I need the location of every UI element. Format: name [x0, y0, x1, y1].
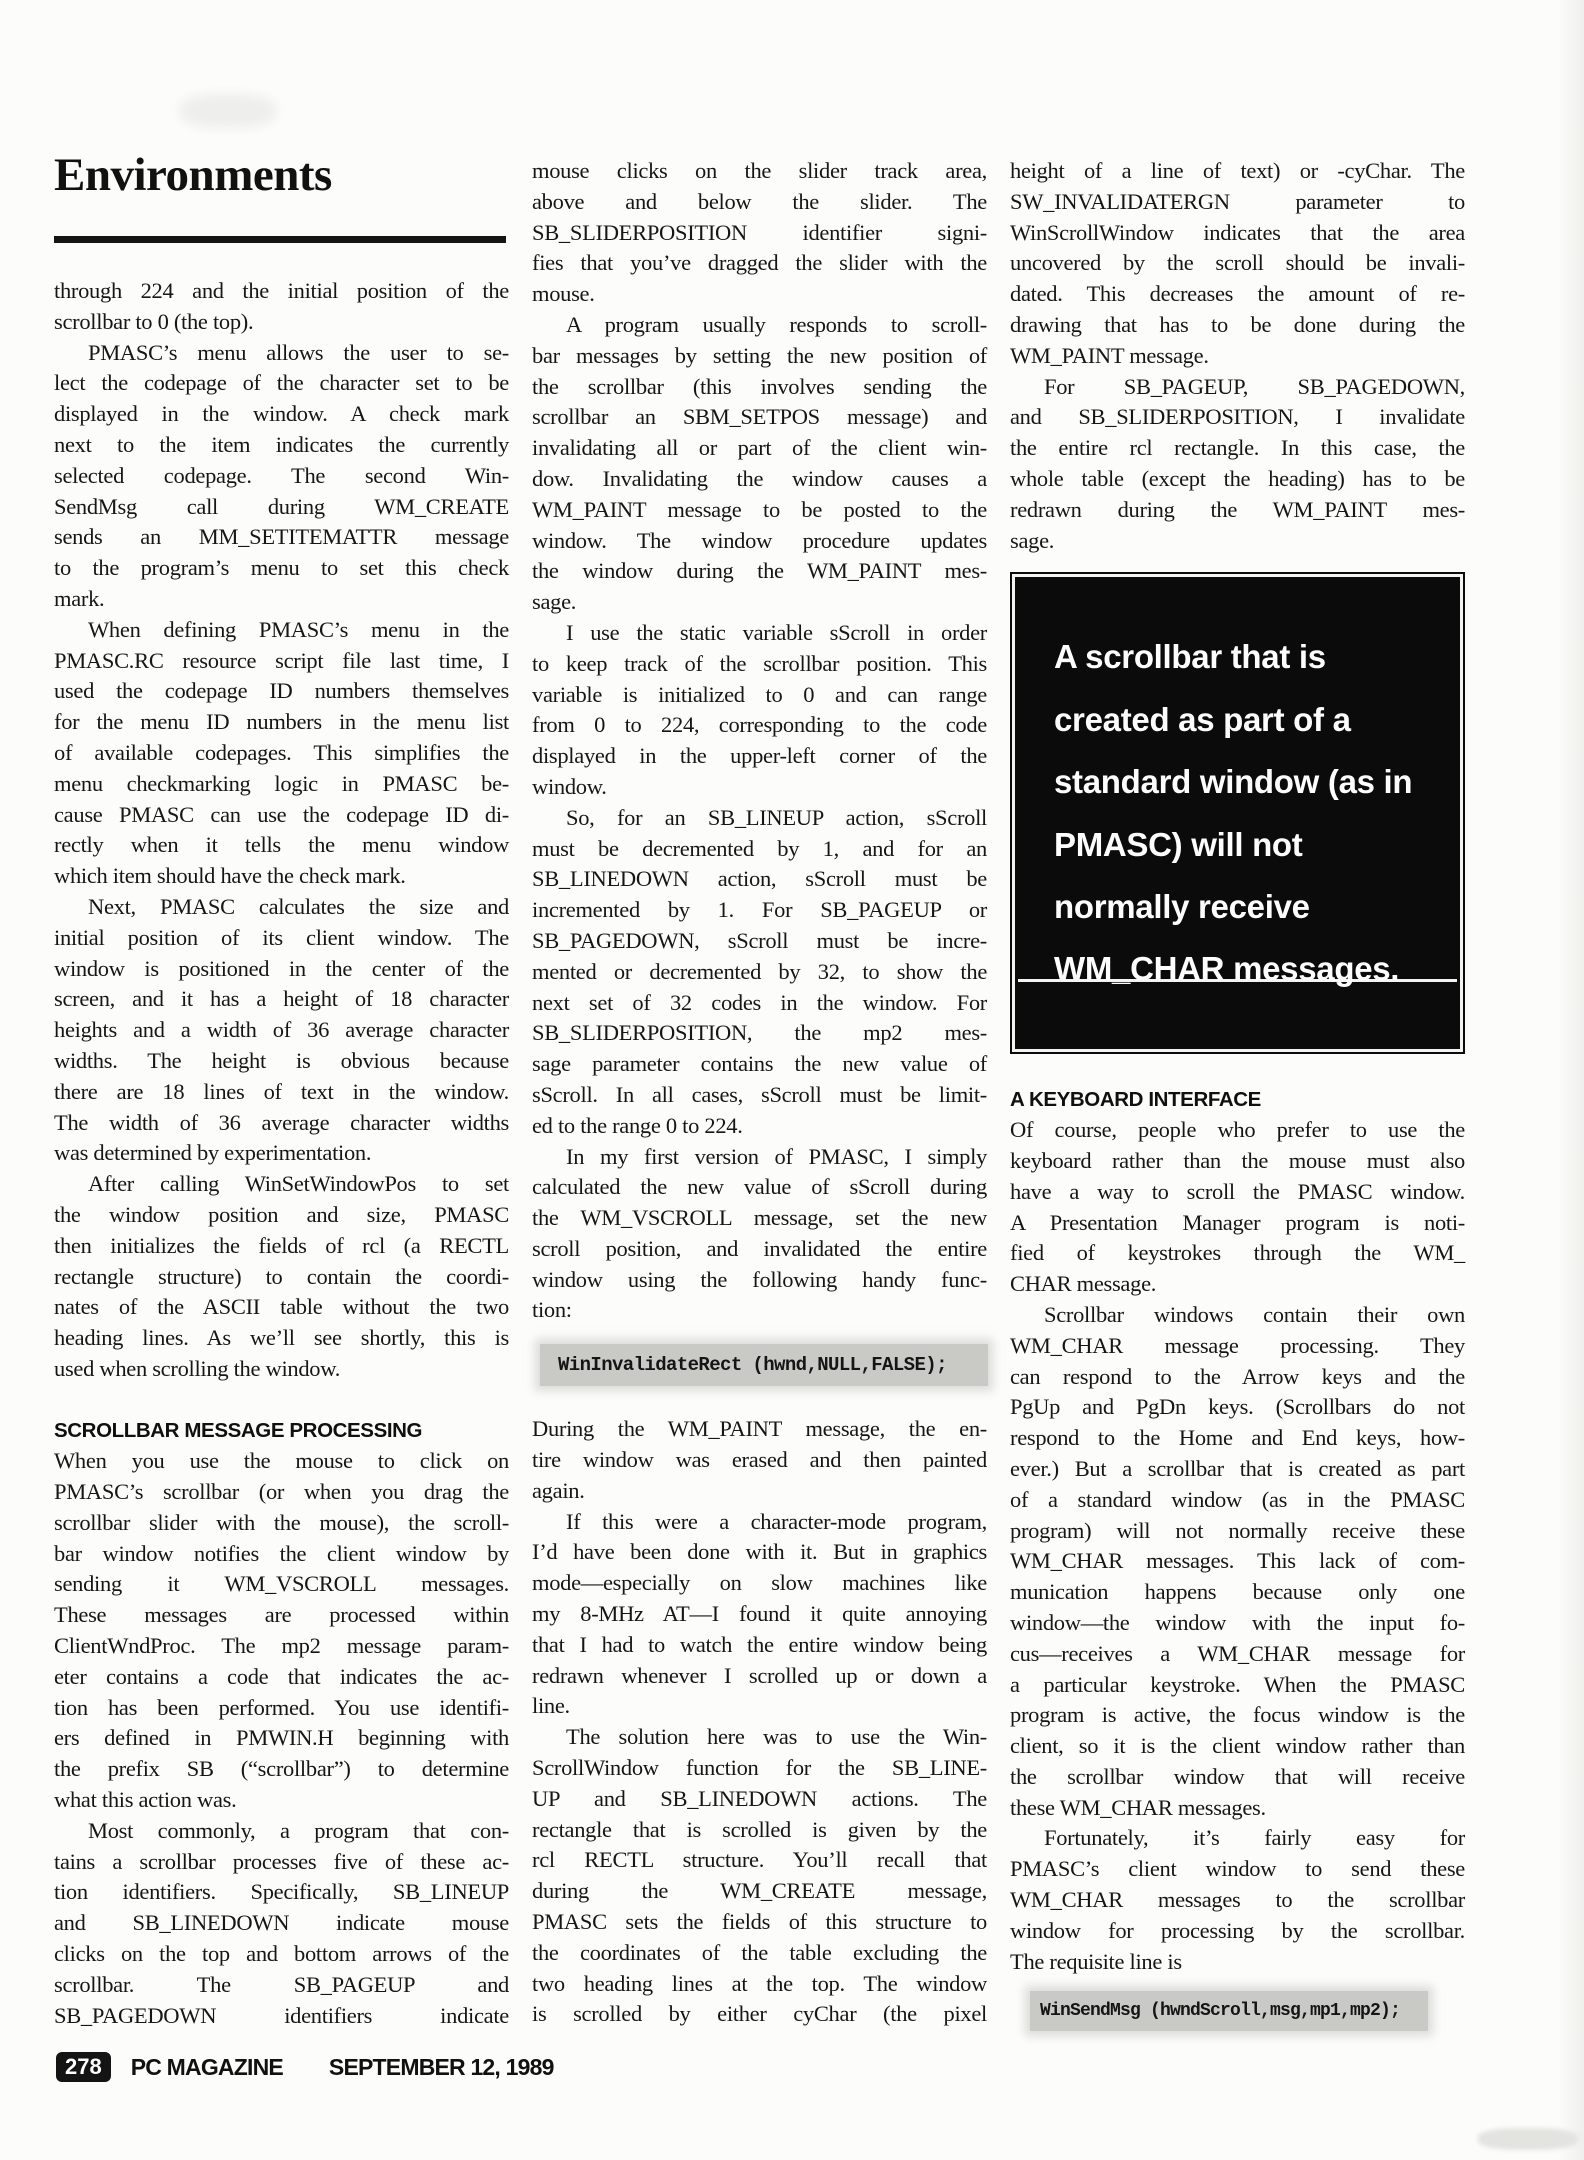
body-line: window for processing by the scrollbar.: [1010, 1916, 1465, 1947]
body-line: redrawn whenever I scrolled up or down a: [532, 1661, 987, 1692]
body-line: WM_CHAR messages to the scrollbar: [1010, 1885, 1465, 1916]
body-line: the scrollbar window that will receive: [1010, 1762, 1465, 1793]
body-line: mouse.: [532, 279, 987, 310]
body-line: what this action was.: [54, 1785, 509, 1816]
body-line: dow. Invalidating the window causes a: [532, 464, 987, 495]
body-line: a particular keystroke. When the PMASC: [1010, 1670, 1465, 1701]
body-line: during the WM_CREATE message,: [532, 1876, 987, 1907]
body-line: bar window notifies the client window by: [54, 1539, 509, 1570]
body-line: scrollbar to 0 (the top).: [54, 307, 509, 338]
body-line: initial position of its client window. T…: [54, 923, 509, 954]
body-line: WM_PAINT message.: [1010, 341, 1465, 372]
body-line: and SB_LINEDOWN indicate mouse: [54, 1908, 509, 1939]
page-footer: 278 PC MAGAZINE SEPTEMBER 12, 1989: [56, 2050, 554, 2084]
body-line: mouse clicks on the slider track area,: [532, 156, 987, 187]
body-line: For SB_PAGEUP, SB_PAGEDOWN,: [1010, 372, 1465, 403]
body-line: the coordinates of the table excluding t…: [532, 1938, 987, 1969]
body-line: tion:: [532, 1295, 987, 1326]
body-line: cus—receives a WM_CHAR message for: [1010, 1639, 1465, 1670]
body-line: to the program’s menu to set this check: [54, 553, 509, 584]
body-line: SB_LINEDOWN action, sScroll must be: [532, 864, 987, 895]
body-line: UP and SB_LINEDOWN actions. The: [532, 1784, 987, 1815]
body-line: scrollbar. The SB_PAGEUP and: [54, 1970, 509, 2001]
body-line: tion identifiers. Specifically, SB_LINEU…: [54, 1877, 509, 1908]
body-line: ScrollWindow function for the SB_LINE-: [532, 1753, 987, 1784]
body-line: displayed in the upper-left corner of th…: [532, 741, 987, 772]
body-line: SB_PAGEDOWN, sScroll must be incre-: [532, 926, 987, 957]
code-text: WinInvalidateRect (hwnd,NULL,FALSE);: [540, 1354, 947, 1376]
body-line: keyboard rather than the mouse must also: [1010, 1146, 1465, 1177]
section-title: Environments: [54, 148, 506, 202]
body-line: ers defined in PMWIN.H beginning with: [54, 1723, 509, 1754]
body-line: whole table (except the heading) has to …: [1010, 464, 1465, 495]
body-line: of available codepages. This simplifies …: [54, 738, 509, 769]
body-line: Fortunately, it’s fairly easy for: [1010, 1823, 1465, 1854]
body-line: the scrollbar (this involves sending the: [532, 372, 987, 403]
body-line: WM_PAINT message to be posted to the: [532, 495, 987, 526]
body-line: sending it WM_VSCROLL messages.: [54, 1569, 509, 1600]
body-line: the WM_VSCROLL message, set the new: [532, 1203, 987, 1234]
body-line: ClientWndProc. The mp2 message param-: [54, 1631, 509, 1662]
body-line: lect the codepage of the character set t…: [54, 368, 509, 399]
body-line: The requisite line is: [1010, 1947, 1465, 1978]
body-line: If this were a character-mode program,: [532, 1507, 987, 1538]
body-line: drawing that has to be done during the: [1010, 310, 1465, 341]
body-line: PMASC sets the fields of this structure …: [532, 1907, 987, 1938]
body-line: client, so it is the client window rathe…: [1010, 1731, 1465, 1762]
body-line: eter contains a code that indicates the …: [54, 1662, 509, 1693]
body-line: window. The window procedure updates: [532, 526, 987, 557]
body-line: SW_INVALIDATERGN parameter to: [1010, 187, 1465, 218]
body-line: After calling WinSetWindowPos to set: [54, 1169, 509, 1200]
masthead: Environments: [54, 148, 506, 243]
body-line: When you use the mouse to click on: [54, 1446, 509, 1477]
body-line: sends an MM_SETITEMATTR message: [54, 522, 509, 553]
body-line: WM_CHAR message processing. They: [1010, 1331, 1465, 1362]
body-line: then initializes the fields of rcl (a RE…: [54, 1231, 509, 1262]
column-gap: [54, 1385, 509, 1416]
body-line: rectly when it tells the menu window: [54, 830, 509, 861]
section-heading: SCROLLBAR MESSAGE PROCESSING: [54, 1415, 509, 1446]
body-line: tains a scrollbar processes five of thes…: [54, 1847, 509, 1878]
body-line: scrollbar slider with the mouse), the sc…: [54, 1508, 509, 1539]
body-line: rcl RECTL structure. You’ll recall that: [532, 1845, 987, 1876]
pull-quote-line: created as part of a: [1010, 689, 1465, 751]
body-line: program is active, the focus window is t…: [1010, 1700, 1465, 1731]
body-line: ed to the range 0 to 224.: [532, 1111, 987, 1142]
body-line: displayed in the window. A check mark: [54, 399, 509, 430]
page-number-badge: 278: [56, 2052, 111, 2082]
body-line: variable is initialized to 0 and can ran…: [532, 680, 987, 711]
body-line: When defining PMASC’s menu in the: [54, 615, 509, 646]
pull-quote-line: normally receive: [1010, 876, 1465, 938]
code-snippet: WinInvalidateRect (hwnd,NULL,FALSE);: [540, 1344, 988, 1386]
body-line: these WM_CHAR messages.: [1010, 1793, 1465, 1824]
body-line: invalidating all or part of the client w…: [532, 433, 987, 464]
pull-quote-line: A scrollbar that is: [1010, 626, 1465, 688]
body-line: window—the window with the input fo-: [1010, 1608, 1465, 1639]
pull-quote-line: WM_CHAR messages.: [1010, 938, 1465, 1000]
body-line: A Presentation Manager program is noti-: [1010, 1208, 1465, 1239]
body-line: I use the static variable sScroll in ord…: [532, 618, 987, 649]
body-line: next set of 32 codes in the window. For: [532, 988, 987, 1019]
scan-smudge: [180, 94, 276, 128]
body-line: that I had to watch the entire window be…: [532, 1630, 987, 1661]
body-line: mented or decremented by 32, to show the: [532, 957, 987, 988]
body-line: to keep track of the scrollbar position.…: [532, 649, 987, 680]
body-line: selected codepage. The second Win-: [54, 461, 509, 492]
body-line: CHAR message.: [1010, 1269, 1465, 1300]
body-line: SendMsg call during WM_CREATE: [54, 492, 509, 523]
body-line: I’d have been done with it. But in graph…: [532, 1537, 987, 1568]
pull-quote-line: PMASC) will not: [1010, 814, 1465, 876]
body-line: sage.: [1010, 526, 1465, 557]
pull-quote-box: A scrollbar that iscreated as part of as…: [1010, 572, 1465, 1054]
body-line: tion has been performed. You use identif…: [54, 1693, 509, 1724]
body-line: Most commonly, a program that con-: [54, 1816, 509, 1847]
column-3: height of a line of text) or -cyChar. Th…: [1010, 156, 1465, 2031]
body-line: heading lines. As we’ll see shortly, thi…: [54, 1323, 509, 1354]
body-line: So, for an SB_LINEUP action, sScroll: [532, 803, 987, 834]
body-line: heights and a width of 36 average charac…: [54, 1015, 509, 1046]
body-line: Of course, people who prefer to use the: [1010, 1115, 1465, 1146]
body-line: PgUp and PgDn keys. (Scrollbars do not: [1010, 1392, 1465, 1423]
body-line: ever.) But a scrollbar that is created a…: [1010, 1454, 1465, 1485]
body-line: The width of 36 average character widths: [54, 1108, 509, 1139]
body-line: SB_SLIDERPOSITION, the mp2 mes-: [532, 1018, 987, 1049]
body-line: have a way to scroll the PMASC window.: [1010, 1177, 1465, 1208]
body-line: above and below the slider. The: [532, 187, 987, 218]
body-line: the entire rcl rectangle. In this case, …: [1010, 433, 1465, 464]
body-line: These messages are processed within: [54, 1600, 509, 1631]
body-line: cause PMASC can use the codepage ID di-: [54, 800, 509, 831]
body-line: again.: [532, 1476, 987, 1507]
body-line: next to the item indicates the currently: [54, 430, 509, 461]
scan-watermark: [1478, 2128, 1578, 2150]
body-line: Scrollbar windows contain their own: [1010, 1300, 1465, 1331]
body-line: sage parameter contains the new value of: [532, 1049, 987, 1080]
body-line: WinScrollWindow indicates that the area: [1010, 218, 1465, 249]
body-line: from 0 to 224, corresponding to the code: [532, 710, 987, 741]
issue-date: SEPTEMBER 12, 1989: [329, 2054, 554, 2081]
body-line: the prefix SB (“scrollbar”) to determine: [54, 1754, 509, 1785]
body-line: respond to the Home and End keys, how-: [1010, 1423, 1465, 1454]
body-line: PMASC’s menu allows the user to se-: [54, 338, 509, 369]
body-line: The solution here was to use the Win-: [532, 1722, 987, 1753]
body-line: In my first version of PMASC, I simply: [532, 1142, 987, 1173]
body-line: for the menu ID numbers in the menu list: [54, 707, 509, 738]
body-line: A program usually responds to scroll-: [532, 310, 987, 341]
body-line: SB_SLIDERPOSITION identifier signi-: [532, 218, 987, 249]
body-line: fied of keystrokes through the WM_: [1010, 1238, 1465, 1269]
body-line: redrawn during the WM_PAINT mes-: [1010, 495, 1465, 526]
body-line: rectangle structure) to contain the coor…: [54, 1262, 509, 1293]
body-line: tire window was erased and then painted: [532, 1445, 987, 1476]
body-line: and SB_SLIDERPOSITION, I invalidate: [1010, 402, 1465, 433]
body-line: sScroll. In all cases, sScroll must be l…: [532, 1080, 987, 1111]
body-line: nates of the ASCII table without the two: [54, 1292, 509, 1323]
body-line: of a standard window (as in the PMASC: [1010, 1485, 1465, 1516]
body-line: uncovered by the scroll should be invali…: [1010, 248, 1465, 279]
body-line: must be decremented by 1, and for an: [532, 834, 987, 865]
scan-edge-shade: [1558, 0, 1584, 2160]
section-heading: A KEYBOARD INTERFACE: [1010, 1084, 1465, 1115]
body-line: screen, and it has a height of 18 charac…: [54, 984, 509, 1015]
body-line: dated. This decreases the amount of re-: [1010, 279, 1465, 310]
body-line: line.: [532, 1691, 987, 1722]
body-line: widths. The height is obvious because: [54, 1046, 509, 1077]
magazine-page: Environments through 224 and the initial…: [0, 0, 1584, 2160]
body-line: window.: [532, 772, 987, 803]
body-line: which item should have the check mark.: [54, 861, 509, 892]
body-line: two heading lines at the top. The window: [532, 1969, 987, 2000]
body-line: During the WM_PAINT message, the en-: [532, 1414, 987, 1445]
body-line: scroll position, and invalidated the ent…: [532, 1234, 987, 1265]
body-line: window using the following handy func-: [532, 1265, 987, 1296]
body-line: PMASC’s client window to send these: [1010, 1854, 1465, 1885]
body-line: rectangle that is scrolled is given by t…: [532, 1815, 987, 1846]
body-line: my 8-MHz AT—I found it quite annoying: [532, 1599, 987, 1630]
body-line: the window position and size, PMASC: [54, 1200, 509, 1231]
body-line: incremented by 1. For SB_PAGEUP or: [532, 895, 987, 926]
column-1: through 224 and the initial position of …: [54, 276, 509, 2031]
body-line: WM_CHAR messages. This lack of com-: [1010, 1546, 1465, 1577]
body-line: munication happens because only one: [1010, 1577, 1465, 1608]
body-line: the window during the WM_PAINT mes-: [532, 556, 987, 587]
body-line: program) will not normally receive these: [1010, 1516, 1465, 1547]
body-line: window is positioned in the center of th…: [54, 954, 509, 985]
magazine-name: PC MAGAZINE: [131, 2054, 283, 2081]
body-line: can respond to the Arrow keys and the: [1010, 1362, 1465, 1393]
body-line: bar messages by setting the new position…: [532, 341, 987, 372]
body-line: was determined by experimentation.: [54, 1138, 509, 1169]
column-2: mouse clicks on the slider track area,ab…: [532, 156, 987, 2030]
body-line: menu checkmarking logic in PMASC be-: [54, 769, 509, 800]
code-snippet: WinSendMsg (hwndScroll,msg,mp1,mp2);: [1030, 1991, 1428, 2031]
code-text: WinSendMsg (hwndScroll,msg,mp1,mp2);: [1030, 2001, 1400, 2021]
body-line: PMASC.RC resource script file last time,…: [54, 646, 509, 677]
body-line: sage.: [532, 587, 987, 618]
body-line: Next, PMASC calculates the size and: [54, 892, 509, 923]
body-line: height of a line of text) or -cyChar. Th…: [1010, 156, 1465, 187]
body-line: used the codepage ID numbers themselves: [54, 676, 509, 707]
body-line: used when scrolling the window.: [54, 1354, 509, 1385]
body-line: clicks on the top and bottom arrows of t…: [54, 1939, 509, 1970]
body-line: fies that you’ve dragged the slider with…: [532, 248, 987, 279]
masthead-rule: [54, 236, 506, 243]
body-line: there are 18 lines of text in the window…: [54, 1077, 509, 1108]
body-line: SB_PAGEDOWN identifiers indicate: [54, 2001, 509, 2032]
body-line: PMASC’s scrollbar (or when you drag the: [54, 1477, 509, 1508]
body-line: through 224 and the initial position of …: [54, 276, 509, 307]
body-line: scrollbar an SBM_SETPOS message) and: [532, 402, 987, 433]
body-line: mark.: [54, 584, 509, 615]
pull-quote-line: standard window (as in: [1010, 751, 1465, 813]
body-line: is scrolled by either cyChar (the pixel: [532, 1999, 987, 2030]
body-line: mode—especially on slow machines like: [532, 1568, 987, 1599]
body-line: calculated the new value of sScroll duri…: [532, 1172, 987, 1203]
